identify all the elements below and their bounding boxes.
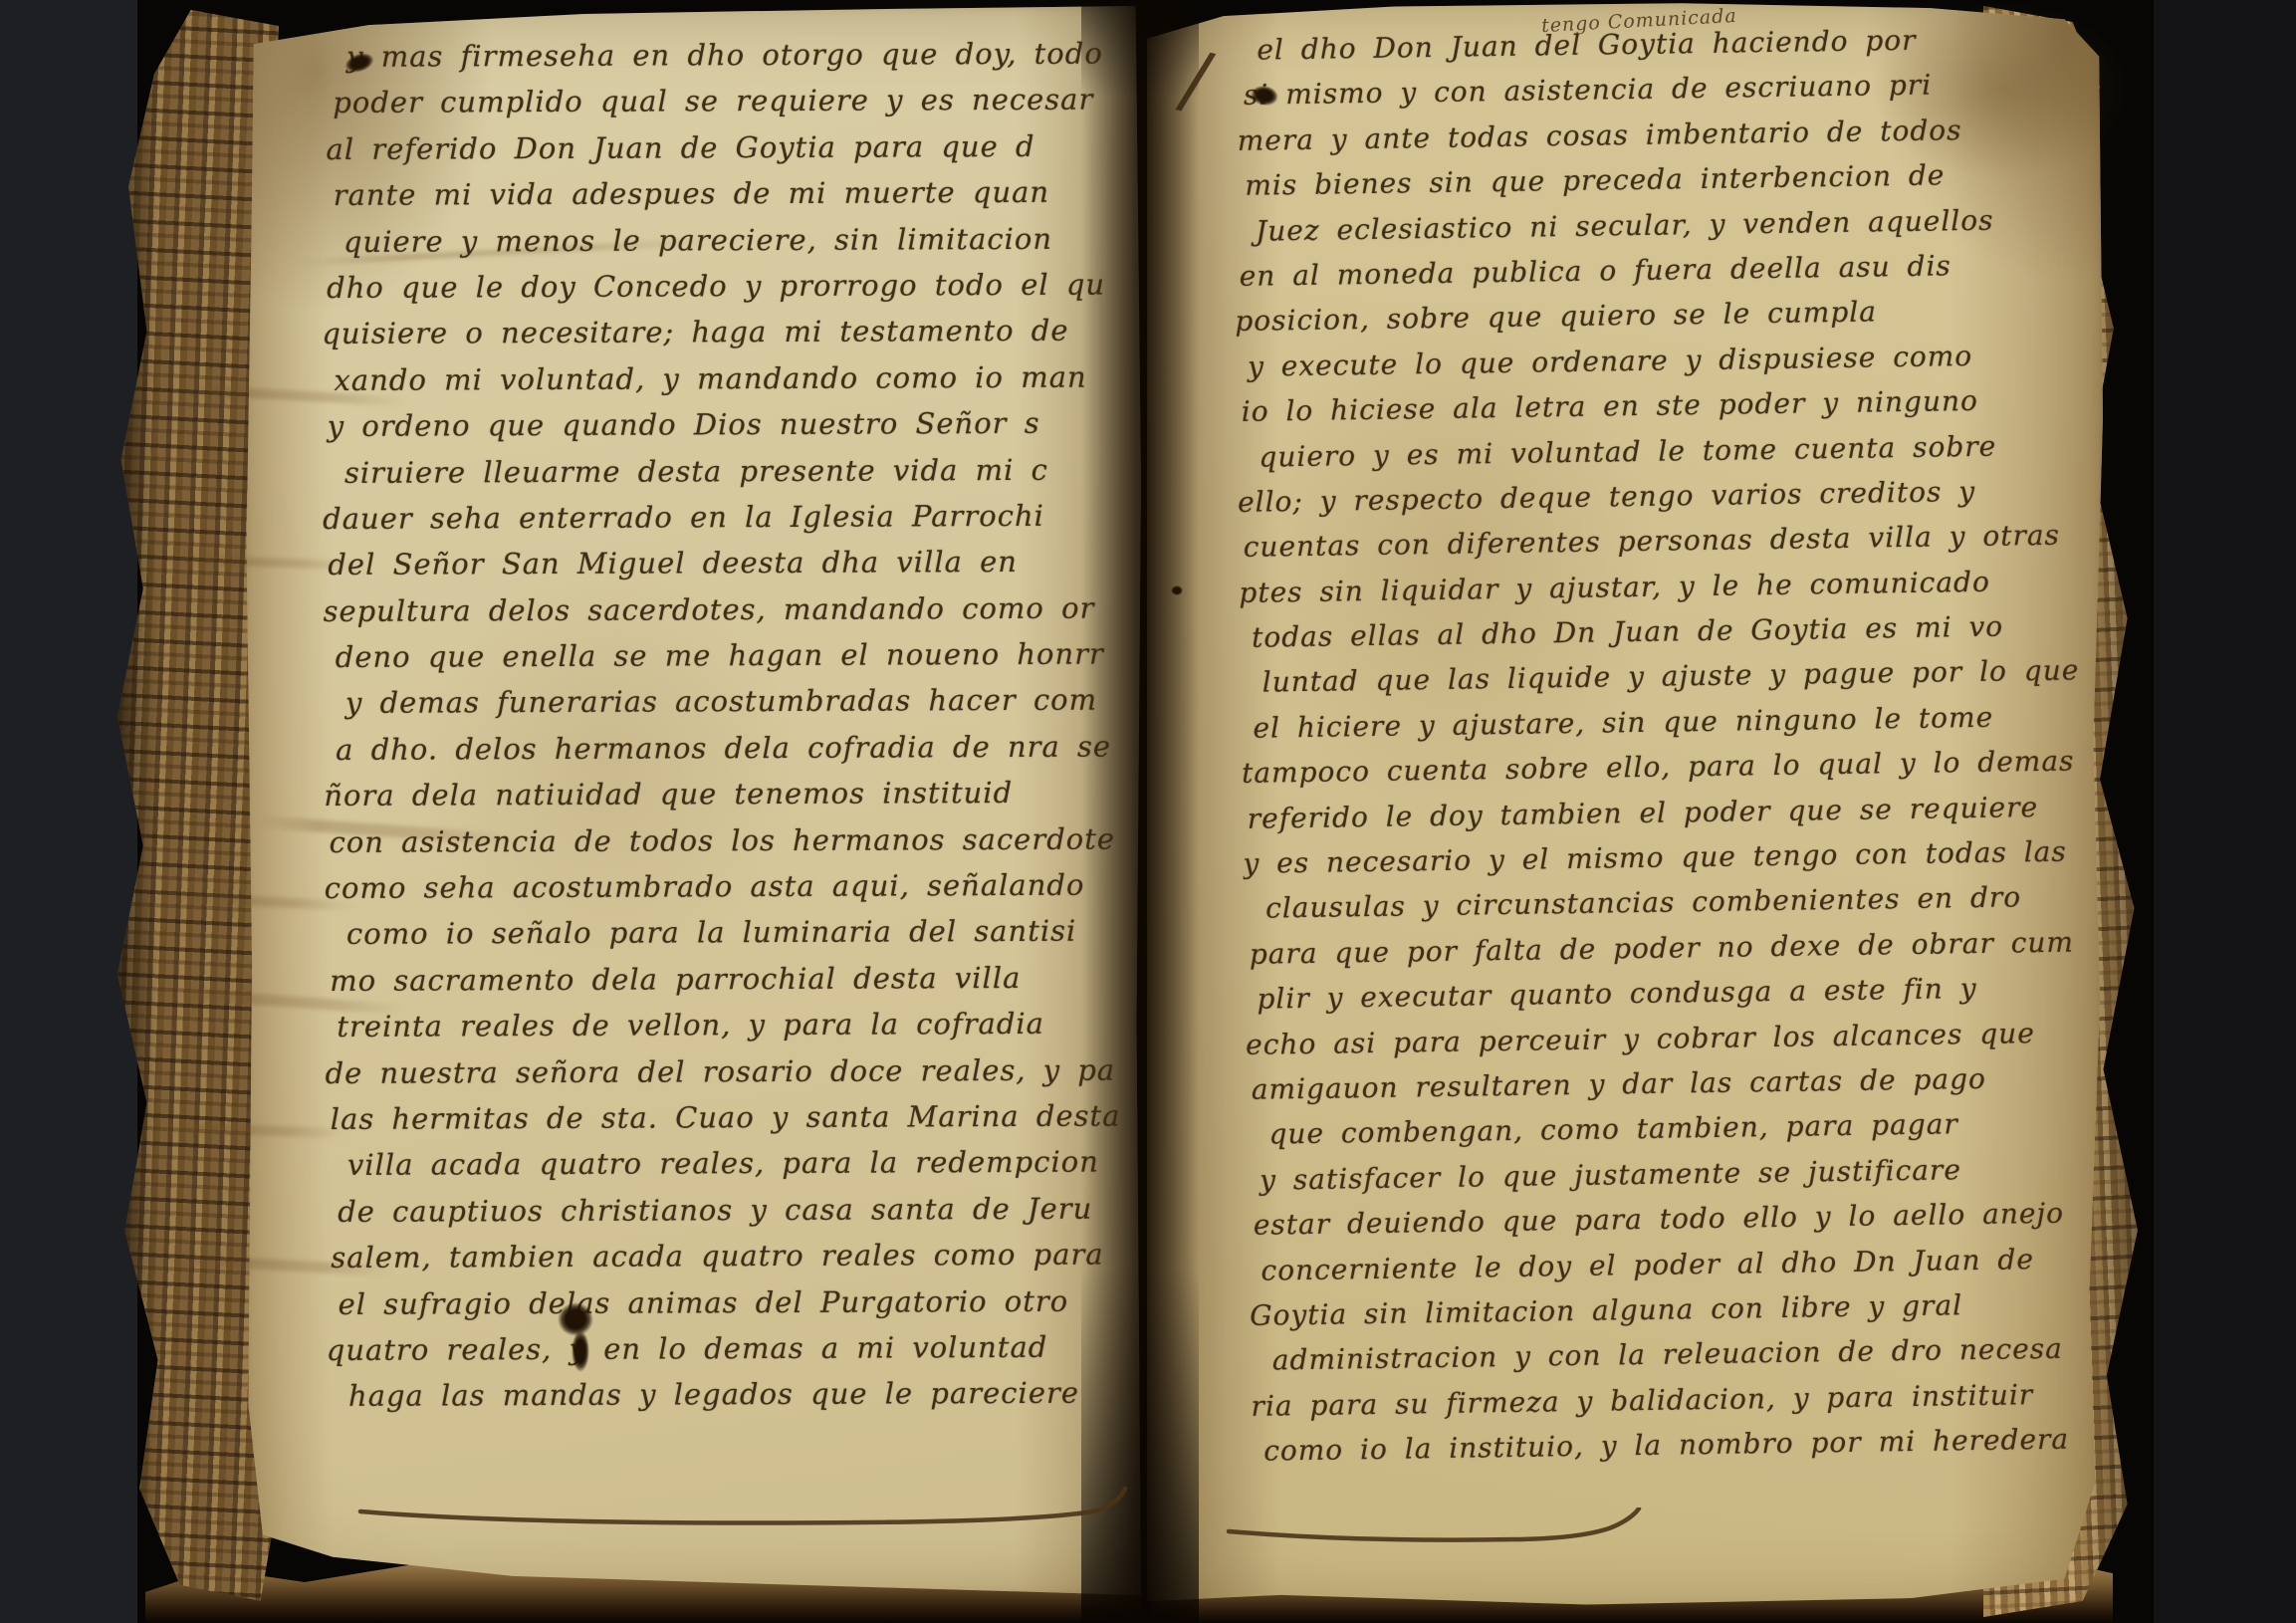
handwriting-line: y ordeno que quando Dios nuestro Señor s: [323, 400, 1139, 450]
handwriting-line: como io señalo para la luminaria del san…: [325, 908, 1141, 958]
handwriting-line: como seha acostumbrado asta aqui, señala…: [325, 861, 1141, 911]
handwriting-line: villa acada quatro reales, para la redem…: [326, 1139, 1142, 1189]
viewer-frame-right: [2154, 0, 2296, 1623]
handwriting-line: sepultura delos sacerdotes, mandando com…: [323, 584, 1139, 634]
handwriting-line: ñora dela natiuidad que tenemos institui…: [324, 770, 1140, 819]
handwriting-line: a dho. delos hermanos dela cofradia de n…: [324, 723, 1140, 773]
handwriting-line: xando mi voluntad, y mandando como io ma…: [322, 353, 1138, 403]
handwriting-line: quiere y menos le pareciere, sin limitac…: [322, 215, 1138, 265]
handwriting-line: el sufragio delas animas del Purgatorio …: [326, 1277, 1142, 1327]
handwriting-line: quisiere o necesitare; haga mi testament…: [322, 308, 1138, 357]
viewer-frame-left: [0, 0, 137, 1623]
handwriting-line: dauer seha enterrado en la Iglesia Parro…: [323, 492, 1139, 542]
handwriting-line: con asistencia de todos los hermanos sac…: [324, 815, 1140, 865]
manuscript-photo: y mas firmeseha en dho otorgo que doy, t…: [0, 0, 2296, 1623]
handwriting-line: salem, tambien acada quatro reales como …: [326, 1232, 1142, 1281]
handwriting-line: y demas funerarias acostumbradas hacer c…: [324, 677, 1140, 727]
handwriting-line: deno que enella se me hagan el noueno ho…: [324, 630, 1140, 680]
handwriting-line: quatro reales, y en lo demas a mi volunt…: [327, 1323, 1143, 1373]
handwriting-line: al referido Don Juan de Goytia para que …: [321, 122, 1137, 172]
handwriting-line: haga las mandas y legados que le parecie…: [327, 1370, 1143, 1420]
right-page-closing-rule: [1223, 1507, 1655, 1557]
right-page-text: el dho Don Juan del Goytia haciendo pors…: [1231, 15, 2121, 1526]
ink-blot: [1171, 585, 1183, 595]
handwriting-line: poder cumplido qual se requiere y es nec…: [321, 77, 1137, 126]
handwriting-line: de nuestra señora del rosario doce reale…: [325, 1046, 1141, 1096]
handwriting-line: mo sacramento dela parrochial desta vill…: [325, 954, 1141, 1004]
ink-blot: [572, 1330, 589, 1372]
handwriting-line: del Señor San Miguel deesta dha villa en: [323, 539, 1139, 588]
handwriting-line: las hermitas de sta. Cuao y santa Marina…: [326, 1092, 1142, 1142]
handwriting-line: dho que le doy Concedo y prorrogo todo e…: [322, 261, 1138, 311]
handwriting-line: treinta reales de vellon, y para la cofr…: [325, 1001, 1141, 1050]
handwriting-line: y mas firmeseha en dho otorgo que doy, t…: [321, 30, 1137, 80]
handwriting-line: siruiere lleuarme desta presente vida mi…: [323, 446, 1139, 496]
handwriting-line: rante mi vida adespues de mi muerte quan: [322, 169, 1138, 219]
handwriting-line: de cauptiuos christianos y casa santa de…: [326, 1185, 1142, 1235]
left-page-closing-rule: [346, 1486, 1147, 1539]
left-page-text: y mas firmeseha en dho otorgo que doy, t…: [321, 30, 1143, 1452]
